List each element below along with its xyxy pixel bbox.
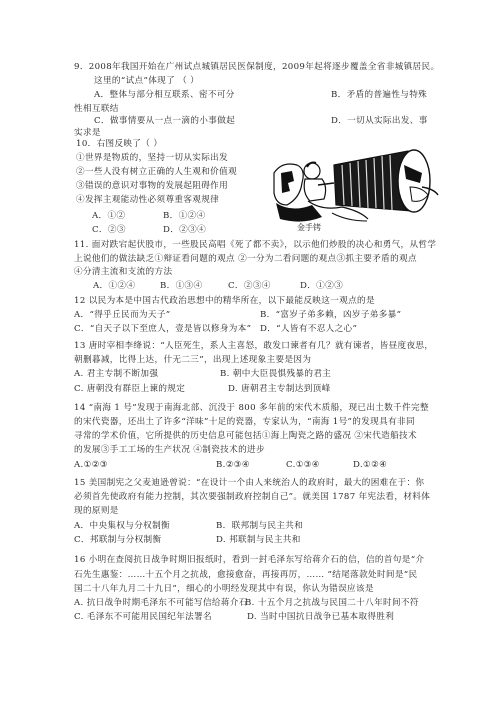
q10-stem: 10．右图反映了（ ）: [76, 139, 162, 150]
q10-item-2: ②一些人没有树立正确的人生观和价值观: [76, 167, 237, 178]
q15-option-c: C．邦联制与分权制衡: [74, 535, 161, 546]
q11-line3: ④分清主流和支流的方法: [74, 267, 172, 278]
q16-line3: 国二十八年九月二十九日”，细心的小明经发现其中有误，你认为错误应该是: [74, 584, 374, 595]
q15-line3: 现的原则是: [74, 506, 119, 517]
q9-option-a: A．整体与部分相互联系、密不可分: [94, 90, 235, 101]
q15-option-a: A．中央集权与分权制衡: [74, 521, 170, 532]
q16-line2: 石先生惠鉴：……十五个月之抗战，愈接愈奋，再接再厉，…… ”结尾落款处时间是“民: [74, 570, 418, 581]
q14-line1: 14 “南海 1 号”发现于南海北部、沉没于 800 多年前的宋代木质船，现已出…: [74, 403, 429, 414]
q9-option-d: D．一切从实际出发、事: [331, 116, 428, 127]
q11-line2: 上说他们的做法缺乏①辩证看问题的观点 ②一分为二看问题的观点③抓主要矛盾的观点: [74, 254, 417, 265]
q14-line4: 的发展③手工工场的生产状况 ④制瓷技术的进步: [74, 445, 265, 456]
q11-option-c: C．②③④: [228, 281, 271, 292]
q12-option-d: D．“人皆有不忍人之心”: [260, 324, 357, 335]
q11-option-a: A．①②④: [93, 281, 135, 292]
q12-option-a: A．“得乎丘民而为天子”: [74, 310, 171, 321]
q10-item-3: ③错误的意识对事物的发展起阻碍作用: [76, 181, 228, 192]
q14-option-d: D.①②④: [353, 460, 387, 471]
q9-option-b-cont: 性相互联结: [74, 104, 119, 115]
q13-option-a: A. 君主专制不断加强: [74, 369, 158, 380]
q13-line1: 13 唐时宰相李绛说：“人臣死生，系人主喜怒，敢发口谏者有几？就有谏者，皆昼度夜…: [74, 341, 433, 352]
q9-stem-line1: 9．2008年我国开始在广州试点城镇居民医保制度，2009年起将逐步覆盖全省非城…: [74, 62, 439, 73]
q16-line1: 16 小明在查阅抗日战争时期旧报纸时，看到一封毛泽东写给蒋介石的信，信的首句是“…: [74, 555, 424, 566]
q14-option-c: C.①③④: [286, 460, 320, 471]
q14-option-b: B.②③④: [216, 460, 250, 471]
q16-option-d: D. 当时中国抗日战争已基本取得胜利: [247, 612, 394, 623]
q16-option-c: C. 毛泽东不可能用民国纪年法署名: [74, 612, 212, 623]
q14-line3: 寻常的学术价值，它所提供的历史信息可能包括①海上陶瓷之路的盛况 ②宋代造船技术: [74, 431, 417, 442]
q10-option-b: B．①②④: [163, 211, 205, 222]
q15-option-b: B．联邦制与民主共和: [216, 521, 303, 532]
q14-option-a: A.①②③: [74, 460, 108, 471]
q10-item-4: ④发挥主观能动性必须尊重客观规律: [76, 195, 219, 206]
q11-option-d: D．①②③: [300, 281, 343, 292]
q12-option-c: C．“自天子以下至庶人，壹是皆以修身为本”: [74, 324, 251, 335]
q11-option-b: B．①③④: [160, 281, 202, 292]
cartoon-caption: 金手铐: [297, 222, 321, 233]
q10-option-a: A．①②: [92, 211, 125, 222]
q15-line1: 15 美国制宪之父麦迪逊曾说：“在设计一个由人来统治人的政府时，最大的困难在于：…: [74, 478, 424, 489]
q15-option-d: D. 邦联制与民主共和: [216, 535, 301, 546]
q16-option-a: A. 抗日战争时期毛泽东不可能写信给蒋介石: [74, 598, 248, 609]
q13-line2: 朝删暮减，比得上达，什无二三”，出现上述现象主要是因为: [74, 355, 311, 366]
q13-option-c: C. 唐朝没有群臣上谏的规定: [74, 384, 185, 395]
q9-option-c: C．做事情要从一点一滴的小事做起: [94, 116, 235, 127]
q10-option-d: D．②③④: [163, 225, 206, 236]
q12-option-b: B．“富岁子弟多赖，凶岁子弟多暴”: [260, 310, 401, 321]
q15-line2: 必须首先使政府有能力控制，其次要强制政府控制自己”。就美国 1787 年宪法看，…: [74, 492, 430, 503]
q14-line2: 的宋代瓷器，还出土了许多“洋味”十足的瓷器，专家认为，“南海 1号”的发现具有非…: [74, 417, 415, 428]
q9-option-d-cont: 实求是: [74, 128, 101, 139]
q12-stem: 12 以民为本是中国古代政治思想中的精华所在，以下最能反映这一观点的是: [74, 296, 375, 307]
q9-option-b: B．矛盾的普遍性与特殊: [331, 90, 427, 101]
q10-option-c: C．②③: [92, 225, 126, 236]
q13-option-b: B. 朝中大臣畏惧残暴的君主: [220, 369, 331, 380]
q13-option-d: D. 唐朝君主专制达到顶峰: [228, 384, 331, 395]
q9-stem-line2: 这里的“试点”体现了 （ ）: [94, 76, 199, 87]
q16-option-b: B. 十五个月之抗战与民国二十八年时间不符: [245, 598, 419, 609]
q10-item-1: ①世界是物质的，坚持一切从实际出发: [76, 153, 228, 164]
q11-line1: 11. 面对跌宕起伏股市，一些股民高唱《死了都不卖》，以示他们炒股的决心和勇气，…: [74, 240, 436, 251]
